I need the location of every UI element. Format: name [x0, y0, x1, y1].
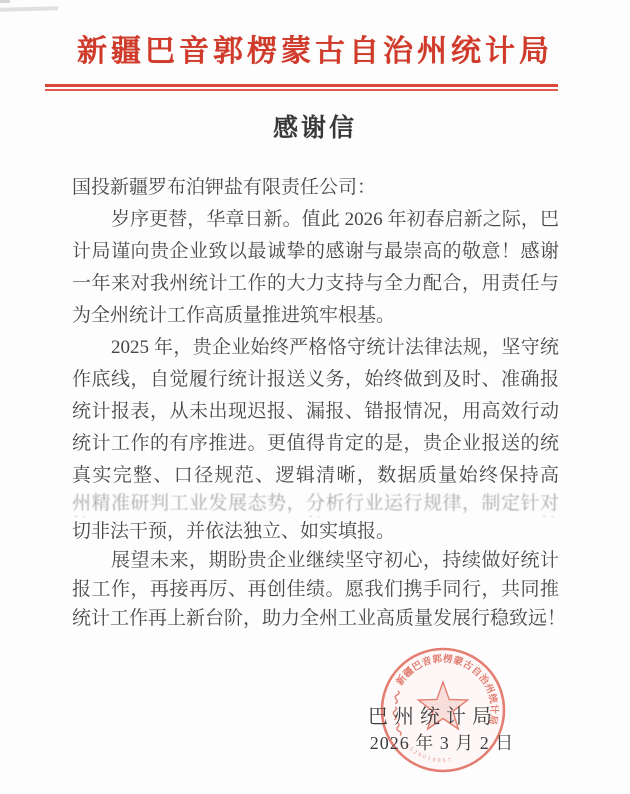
letterhead-bureau-name: 新疆巴音郭楞蒙古自治州统计局 — [0, 34, 630, 70]
body-line: 2025 年，贵企业始终严格恪守统计法律法规，坚守统计工 — [72, 332, 559, 364]
body-line: 一年来对我州统计工作的大力支持与全力配合，用责任与坚守， — [72, 268, 559, 300]
body-line: 真实完整、口径规范、逻辑清晰，数据质量始终保持高位，为我 — [72, 460, 559, 492]
body-line: 切非法干预，并依法独立、如实填报。 — [72, 517, 559, 546]
body-line-scan-cut: 州精准研判工业发展态势，分析行业运行规律，制定针对性扶持 — [72, 492, 559, 517]
document-title: 感谢信 — [0, 108, 630, 144]
body-line: 统计报表，从未出现迟报、漏报、错报情况，用高效行动保障了 — [72, 396, 559, 428]
body-line: 展望未来，期盼贵企业继续坚守初心，持续做好统计报表填 — [72, 546, 559, 575]
body-line: 统计工作再上新台阶，助力全州工业高质量发展行稳致远！ — [72, 604, 559, 633]
letterhead-double-rule — [45, 84, 558, 91]
scan-artifact-streak — [0, 6, 58, 12]
body-line: 统计工作的有序推进。更值得肯定的是，贵企业报送的统计数据 — [72, 428, 559, 460]
scanned-letter-page: 新疆巴音郭楞蒙古自治州统计局 感谢信 国投新疆罗布泊钾盐有限责任公司： 岁序更替… — [0, 0, 630, 794]
letter-body: 国投新疆罗布泊钾盐有限责任公司： 岁序更替，华章日新。值此 2026 年初春启新… — [72, 172, 559, 633]
body-line: 岁序更替，华章日新。值此 2026 年初春启新之际，巴州统 — [72, 204, 559, 236]
body-line: 作底线，自觉履行统计报送义务，始终做到及时、准确报送各类 — [72, 364, 559, 396]
signature-date: 2026 年 3 月 2 日 — [342, 729, 542, 755]
body-line: 计局谨向贵企业致以最诚挚的感谢与最崇高的敬意！感谢贵企业 — [72, 236, 559, 268]
scan-artifact-corner — [0, 0, 10, 3]
salutation-line: 国投新疆罗布泊钾盐有限责任公司： — [72, 172, 559, 204]
body-line: 为全州统计工作高质量推进筑牢根基。 — [72, 300, 559, 332]
rule-bottom-line — [45, 89, 558, 91]
signature-signer: 巴州统计局 — [333, 700, 533, 729]
body-line: 报工作，再接再厉、再创佳绩。愿我们携手同行，共同推动全州 — [72, 575, 559, 604]
